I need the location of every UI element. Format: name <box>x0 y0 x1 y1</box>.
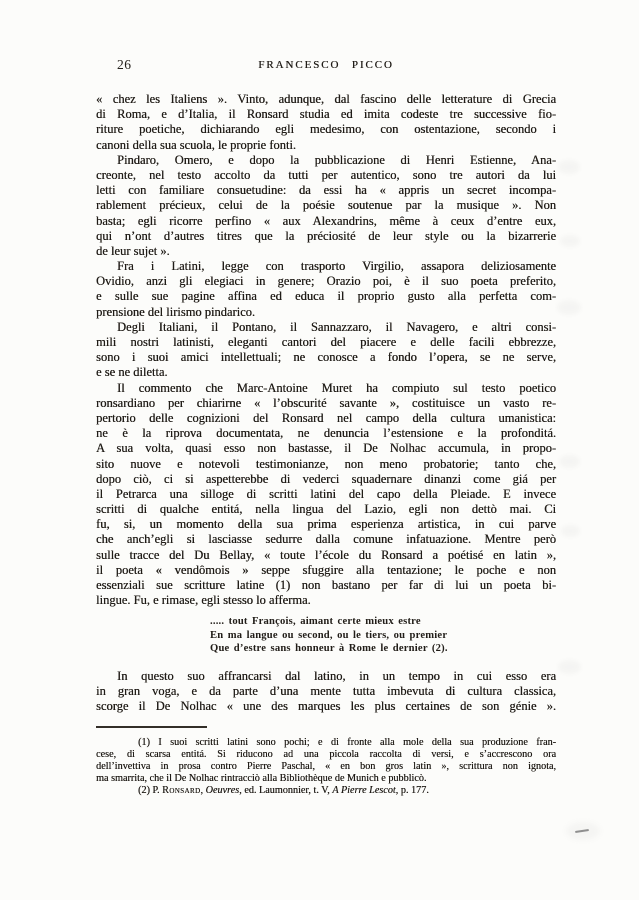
footnote-line: (2) P. Ronsard, Oeuvres, ed. Laumonnier,… <box>96 785 556 797</box>
footnote-line: dell’invettiva in prosa contro Pierre Pa… <box>96 761 556 773</box>
text-line: mili nostri latinisti, eleganti cantori … <box>96 335 556 350</box>
footnote-line: ma smarrita, che il De Nolhac rintracciò… <box>96 773 556 785</box>
text-line: e sulle sue pagine affina ed educa il pr… <box>96 289 556 304</box>
scan-smudge <box>558 160 580 174</box>
text-line: lingue. Fu, e rimase, egli stesso lo aff… <box>96 593 556 608</box>
scan-smudge <box>558 660 581 674</box>
text-line: qui n’ont d’autres titres que la précios… <box>96 229 556 244</box>
text-line: rablement précieux, celui de la poésie s… <box>96 198 556 213</box>
text-line: prensione del lirismo pindarico. <box>96 305 556 320</box>
paragraph: Fra i Latini, legge con trasporto Virgil… <box>96 259 556 320</box>
text-line: che anch’egli si lasciasse sedurre dalla… <box>96 532 556 547</box>
scan-smudge <box>559 455 580 468</box>
paragraph: Degli Italiani, il Pontano, il Sannazzar… <box>96 320 556 381</box>
text-line: Degli Italiani, il Pontano, il Sannazzar… <box>96 320 556 335</box>
text-line: scorge il De Nolhac « une des marques le… <box>96 699 556 714</box>
text-line: ne è la riprova documentata, ne denuncia… <box>96 426 556 441</box>
text-line: basta; egli ricorre perfino « aux Alexan… <box>96 214 556 229</box>
verse-line: En ma langue ou second, ou le tiers, ou … <box>210 629 556 643</box>
footnotes-list: (1) I suoi scritti latini sono pochi; e … <box>96 737 556 798</box>
text-line: Fra i Latini, legge con trasporto Virgil… <box>96 259 556 274</box>
text-line: Ovidio, anzi gli elegiaci in genere; Ora… <box>96 274 556 289</box>
text-line: ronsardiano per chiarirne « l’obscurité … <box>96 396 556 411</box>
text-segment: , ed. Laumonnier, t. V, <box>239 785 332 796</box>
footnote-line: cese, di scarsa entitá. Si riducono ad u… <box>96 749 556 761</box>
footnote-separator-rule <box>96 726 207 728</box>
paragraph: « chez les Italiens ». Vinto, adunque, d… <box>96 92 556 153</box>
text-line: in gran voga, e da parte d’una mente tut… <box>96 684 556 699</box>
footnotes-section: (1) I suoi scritti latini sono pochi; e … <box>96 726 556 797</box>
paragraph: Il commento che Marc-Antoine Muret ha co… <box>96 381 556 609</box>
text-line: fu, si, un momento della sua prima esper… <box>96 517 556 532</box>
verse-line: ..... tout François, aimant certe mieux … <box>210 615 556 629</box>
text-line: « chez les Italiens ». Vinto, adunque, d… <box>96 92 556 107</box>
text-line: pertorio delle cognizioni del Ronsard ne… <box>96 411 556 426</box>
text-line: Pindaro, Omero, e dopo la pubblicazione … <box>96 153 556 168</box>
text-segment: A Pierre Lescot <box>332 785 395 796</box>
verse-line: Que d’estre sans honneur à Rome le derni… <box>210 642 556 656</box>
footnote: (1) I suoi scritti latini sono pochi; e … <box>96 737 556 786</box>
page-number: 26 <box>117 57 132 73</box>
text-line: canoni della sua scuola, le proprie font… <box>96 138 556 153</box>
paragraph: In questo suo affrancarsi dal latino, in… <box>96 669 556 715</box>
text-block: « chez les Italiens ». Vinto, adunque, d… <box>96 92 556 714</box>
text-line: di Roma, e d’Italia, il Ronsard studia e… <box>96 107 556 122</box>
text-line: letti con familiare consuetudine: da ess… <box>96 183 556 198</box>
text-segment: (2) P. <box>138 785 162 796</box>
text-line: In questo suo affrancarsi dal latino, in… <box>96 669 556 684</box>
text-line: sono i suoi amici intellettuali; ne cono… <box>96 350 556 365</box>
paragraph: Pindaro, Omero, e dopo la pubblicazione … <box>96 153 556 259</box>
text-line: de leur sujet ». <box>96 244 556 259</box>
text-line: e se ne diletta. <box>96 365 556 380</box>
text-line: dopo ciò, ci si aspetterebbe di vederci … <box>96 472 556 487</box>
text-segment: , p. 177. <box>396 785 429 796</box>
running-title: FRANCESCO PICCO <box>96 57 556 71</box>
verse-block: ..... tout François, aimant certe mieux … <box>210 615 556 656</box>
footnote: (2) P. Ronsard, Oeuvres, ed. Laumonnier,… <box>96 785 556 797</box>
text-line: Il commento che Marc-Antoine Muret ha co… <box>96 381 556 396</box>
text-line: creonte, nel testo accolto da tutti per … <box>96 168 556 183</box>
text-line: sulle tracce del Du Bellay, « toute l’éc… <box>96 548 556 563</box>
scan-smudge <box>560 235 580 247</box>
footnote-line: (1) I suoi scritti latini sono pochi; e … <box>96 737 556 749</box>
book-page: 26 FRANCESCO PICCO « chez les Italiens »… <box>0 0 639 900</box>
scan-smudge <box>557 300 581 315</box>
text-line: essenziali sue scritture latine (1) non … <box>96 578 556 593</box>
text-segment: Oeuvres <box>206 785 240 796</box>
text-line: sito nuove e notevoli testimonianze, non… <box>96 457 556 472</box>
text-line: il Petrarca una silloge di scritti latin… <box>96 487 556 502</box>
text-line: A sua volta, quasi esso non bastasse, il… <box>96 441 556 456</box>
text-line: riture poetiche, dichiarando egli medesi… <box>96 122 556 137</box>
text-line: scritti di qualche entitá, nella lingua … <box>96 502 556 517</box>
text-segment: Ronsard <box>162 785 200 796</box>
text-line: il poeta « vendômois » seppe sfuggire al… <box>96 563 556 578</box>
scan-smudge <box>561 525 580 537</box>
page-header: 26 FRANCESCO PICCO <box>96 57 556 74</box>
